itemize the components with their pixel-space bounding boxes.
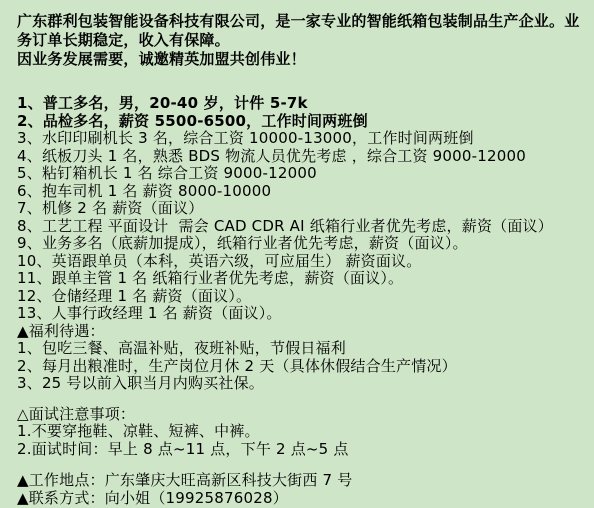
position-item: 13、人事行政经理 1 名 薪资（面议）。 [17,305,582,323]
position-item: 1、普工多名，男，20-40 岁，计件 5-7k [17,95,582,113]
contact-line: ▲联系方式：向小姐（19925876028） [17,490,582,508]
position-item: 10、英语跟单员（本科，英语六级，可应届生） 薪资面议。 [17,253,582,271]
welfare-line: 2、每月出粮准时，生产岗位月休 2 天（具体休假结合生产情况） [17,358,582,376]
position-item: 6、抱车司机 1 名 薪资 8000-10000 [17,183,582,201]
position-item: 5、粘钉箱机长 1 名 综合工资 9000-12000 [17,165,582,183]
intro-line: 因业务发展需要，诚邀精英加盟共创伟业！ [17,50,582,69]
position-item: 3、水印印刷机长 3 名，综合工资 10000-13000，工作时间两班倒 [17,130,582,148]
job-posting-document: 广东群利包装智能设备科技有限公司，是一家专业的智能纸箱包装制品生产企业。业 务订… [0,0,594,508]
company-intro: 广东群利包装智能设备科技有限公司，是一家专业的智能纸箱包装制品生产企业。业 务订… [17,12,582,69]
interview-notes-section: △面试注意事项： 1.不要穿拖鞋、凉鞋、短裤、中裤。 2.面试时间：早上 8 点… [17,406,582,459]
position-item: 12、仓储经理 1 名 薪资（面议）。 [17,288,582,306]
interview-heading: △面试注意事项： [17,406,582,424]
position-item: 11、跟单主管 1 名 纸箱行业者优先考虑，薪资（面议）。 [17,270,582,288]
position-item: 4、纸板刀头 1 名，熟悉 BDS 物流人员优先考虑 ，综合工资 9000-12… [17,148,582,166]
intro-line: 务订单长期稳定，收入有保障。 [17,31,582,50]
welfare-line: 1、包吃三餐、高温补贴，夜班补贴，节假日福利 [17,340,582,358]
work-location-label: ▲工作地点： [17,471,105,489]
interview-line: 2.面试时间：早上 8 点~11 点，下午 2 点~5 点 [17,441,582,459]
position-item: 8、工艺工程 平面设计 需会 CAD CDR AI 纸箱行业者优先考虑，薪资（面… [17,218,582,236]
contact-label: ▲联系方式： [17,489,105,507]
work-location-value: 广东肇庆大旺高新区科技大街西 7 号 [105,471,353,489]
intro-line: 广东群利包装智能设备科技有限公司，是一家专业的智能纸箱包装制品生产企业。业 [17,12,582,31]
position-item: 2、品检多名，薪资 5500-6500，工作时间两班倒 [17,113,582,131]
welfare-heading: ▲福利待遇： [17,323,582,341]
contact-value: 向小姐（19925876028） [105,489,288,507]
positions-list: 1、普工多名，男，20-40 岁，计件 5-7k 2、品检多名，薪资 5500-… [17,95,582,323]
welfare-line: 3、25 号以前入职当月内购买社保。 [17,375,582,393]
position-item: 9、业务多名（底薪加提成），纸箱行业者优先考虑，薪资（面议）。 [17,235,582,253]
position-item: 7、机修 2 名 薪资（面议） [17,200,582,218]
work-location-line: ▲工作地点：广东肇庆大旺高新区科技大街西 7 号 [17,472,582,490]
welfare-section: ▲福利待遇： 1、包吃三餐、高温补贴，夜班补贴，节假日福利 2、每月出粮准时，生… [17,323,582,393]
contact-section: ▲工作地点：广东肇庆大旺高新区科技大街西 7 号 ▲联系方式：向小姐（19925… [17,472,582,507]
interview-line: 1.不要穿拖鞋、凉鞋、短裤、中裤。 [17,423,582,441]
